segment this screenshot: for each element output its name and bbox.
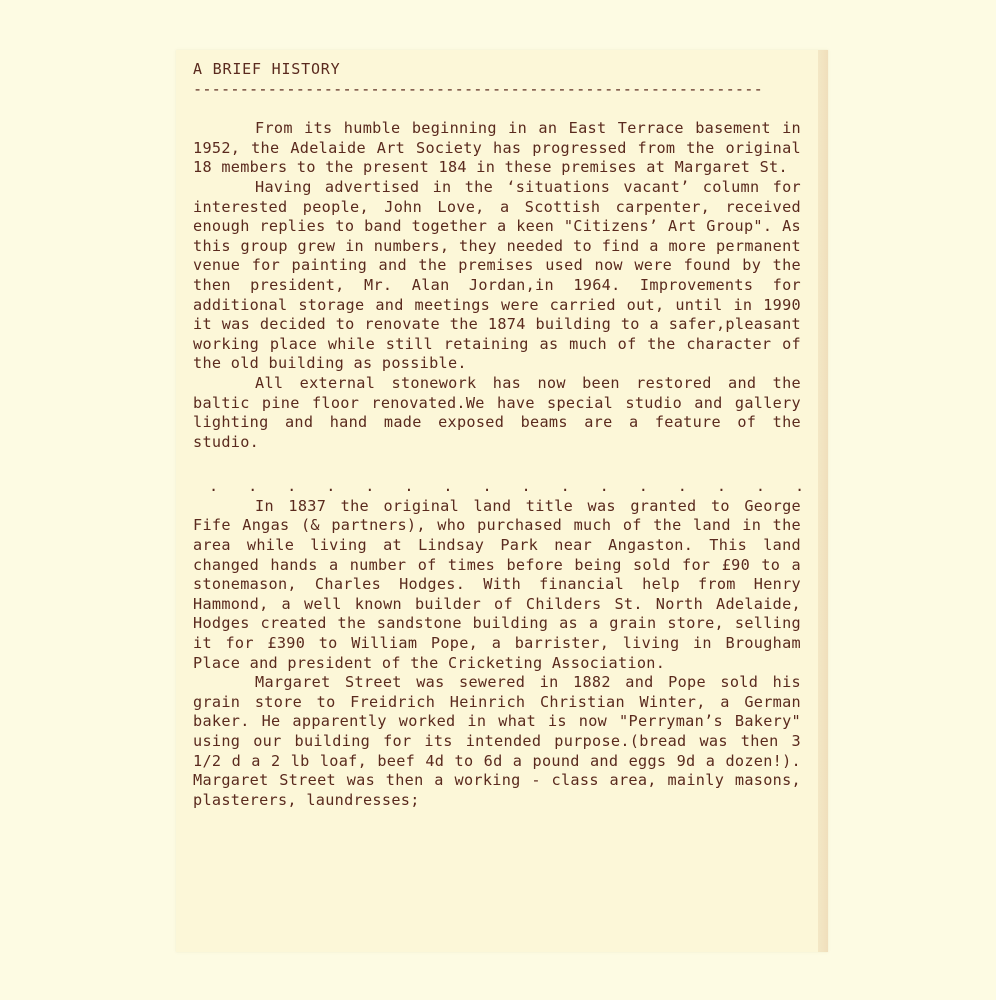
separator-dot: . — [287, 477, 291, 497]
separator-dot: . — [248, 477, 252, 497]
separator-dot: . — [678, 477, 682, 497]
separator-dot: . — [443, 477, 447, 497]
paragraph-margaret-street: Margaret Street was sewered in 1882 and … — [193, 673, 801, 810]
separator-dot: . — [326, 477, 330, 497]
dotted-separator: ................ — [193, 477, 801, 497]
separator-dot: . — [717, 477, 721, 497]
spacer — [193, 99, 801, 119]
separator-dot: . — [404, 477, 408, 497]
paragraph-origins: From its humble beginning in an East Ter… — [193, 119, 801, 178]
separator-dot: . — [561, 477, 565, 497]
separator-dot: . — [600, 477, 604, 497]
document-content: A BRIEF HISTORY ------------------------… — [193, 55, 801, 810]
separator-dot: . — [482, 477, 486, 497]
separator-dot: . — [365, 477, 369, 497]
document-page: A BRIEF HISTORY ------------------------… — [176, 50, 828, 952]
title-underline-rule: ----------------------------------------… — [193, 80, 801, 100]
document-title: A BRIEF HISTORY — [193, 60, 801, 80]
paragraph-land-title: In 1837 the original land title was gran… — [193, 497, 801, 673]
separator-dot: . — [756, 477, 760, 497]
paragraph-citizens-art-group: Having advertised in the ‘situations vac… — [193, 178, 801, 374]
paragraph-restoration: All external stonework has now been rest… — [193, 374, 801, 452]
separator-dot: . — [522, 477, 526, 497]
separator-dot: . — [639, 477, 643, 497]
separator-dot: . — [209, 477, 213, 497]
separator-dot: . — [795, 477, 799, 497]
